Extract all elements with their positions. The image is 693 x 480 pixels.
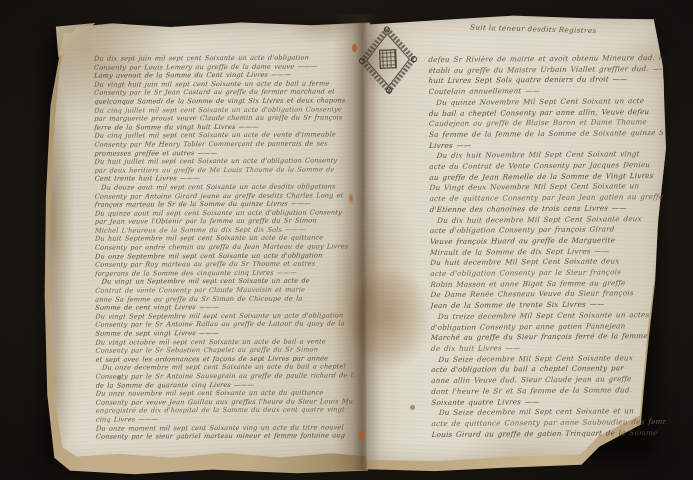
archival-manuscript-photo: Suit la teneur desdits Registres Du dix …: [0, 0, 693, 480]
right-page-text: defeu Sr Rivière de mairie et avoit obte…: [428, 53, 665, 447]
manuscript-line: Louis Girard au greffe de gatien Trinqua…: [431, 428, 665, 441]
left-page-text: Du dix sept juin mil sept cent Soixante …: [94, 53, 354, 450]
tax-stamp-icon: [356, 25, 420, 95]
manuscript-line: Consenty par le sieur gabriel marteau mi…: [96, 431, 354, 441]
